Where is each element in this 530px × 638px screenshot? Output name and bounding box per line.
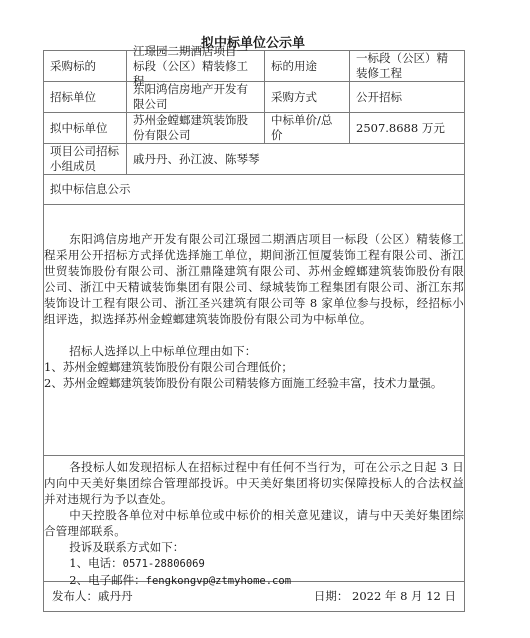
label-purpose: 标的用途 — [265, 51, 350, 81]
label-price: 中标单价/总价 — [265, 113, 350, 143]
value-procurement-method: 公开招标 — [350, 82, 464, 112]
notice-section: 各投标人如发现招标人在招标过程中有任何不当行为，可在公示之日起 3 日内向中天美… — [44, 456, 464, 582]
phone-number: 0571-28806069 — [123, 558, 205, 570]
announcement-table: 采购标的 江璟园二期酒店项目一标段（公区）精装修工程 标的用途 一标段（公区）精… — [43, 50, 465, 612]
footer-row: 发布人：戚丹丹 日期： 2022 年 8 月 12 日 — [44, 582, 464, 611]
label-procurement-subject: 采购标的 — [44, 51, 127, 81]
publisher: 发布人：戚丹丹 — [52, 589, 133, 604]
notice-body: 各投标人如发现招标人在招标过程中有任何不当行为，可在公示之日起 3 日内向中天美… — [44, 456, 464, 581]
value-price: 2507.8688 万元 — [350, 113, 464, 143]
value-tenderer: 东阳鸿信房地产开发有限公司 — [127, 82, 265, 112]
reason-item: 1、苏州金螳螂建筑装饰股份有限公司合理低价； — [44, 359, 464, 375]
table-row: 招标单位 东阳鸿信房地产开发有限公司 采购方式 公开招标 — [44, 82, 464, 113]
phone-label: 1、电话： — [69, 556, 122, 570]
value-team: 戚丹丹、孙江波、陈琴琴 — [127, 144, 464, 174]
value-procurement-subject: 江璟园二期酒店项目一标段（公区）精装修工程 — [127, 51, 265, 81]
table-row: 拟中标单位 苏州金螳螂建筑装饰股份有限公司 中标单价/总价 2507.8688 … — [44, 113, 464, 144]
publish-date: 日期： 2022 年 8 月 12 日 — [314, 589, 456, 604]
notice-paragraph-2: 中天控股各单位对中标单位或中标价的相关意见建议，请与中天美好集团综合管理部联系。 — [44, 507, 464, 539]
info-section: 东阳鸿信房地产开发有限公司江璟园二期酒店项目一标段（公区）精装修工程采用公开招标… — [44, 205, 464, 456]
info-paragraph: 东阳鸿信房地产开发有限公司江璟园二期酒店项目一标段（公区）精装修工程采用公开招标… — [44, 231, 464, 327]
table-row: 项目公司招标小组成员 戚丹丹、孙江波、陈琴琴 — [44, 144, 464, 175]
reason-item: 2、苏州金螳螂建筑装饰股份有限公司精装修方面施工经验丰富，技术力量强。 — [44, 375, 464, 391]
footer: 发布人：戚丹丹 日期： 2022 年 8 月 12 日 — [44, 582, 464, 611]
table-row: 采购标的 江璟园二期酒店项目一标段（公区）精装修工程 标的用途 一标段（公区）精… — [44, 51, 464, 82]
label-team: 项目公司招标小组成员 — [44, 144, 127, 174]
label-winning-bidder: 拟中标单位 — [44, 113, 127, 143]
section-header: 拟中标信息公示 — [44, 175, 464, 204]
notice-paragraph-1: 各投标人如发现招标人在招标过程中有任何不当行为，可在公示之日起 3 日内向中天美… — [44, 459, 464, 507]
contact-intro: 投诉及联系方式如下： — [44, 539, 464, 555]
info-body: 东阳鸿信房地产开发有限公司江璟园二期酒店项目一标段（公区）精装修工程采用公开招标… — [44, 205, 464, 455]
contact-phone: 1、电话：0571-28806069 — [44, 555, 464, 572]
label-tenderer: 招标单位 — [44, 82, 127, 112]
reasons-intro: 招标人选择以上中标单位理由如下： — [44, 343, 464, 359]
label-procurement-method: 采购方式 — [265, 82, 350, 112]
table-row: 拟中标信息公示 — [44, 175, 464, 205]
value-winning-bidder: 苏州金螳螂建筑装饰股份有限公司 — [127, 113, 265, 143]
value-purpose: 一标段（公区）精装修工程 — [350, 51, 464, 81]
